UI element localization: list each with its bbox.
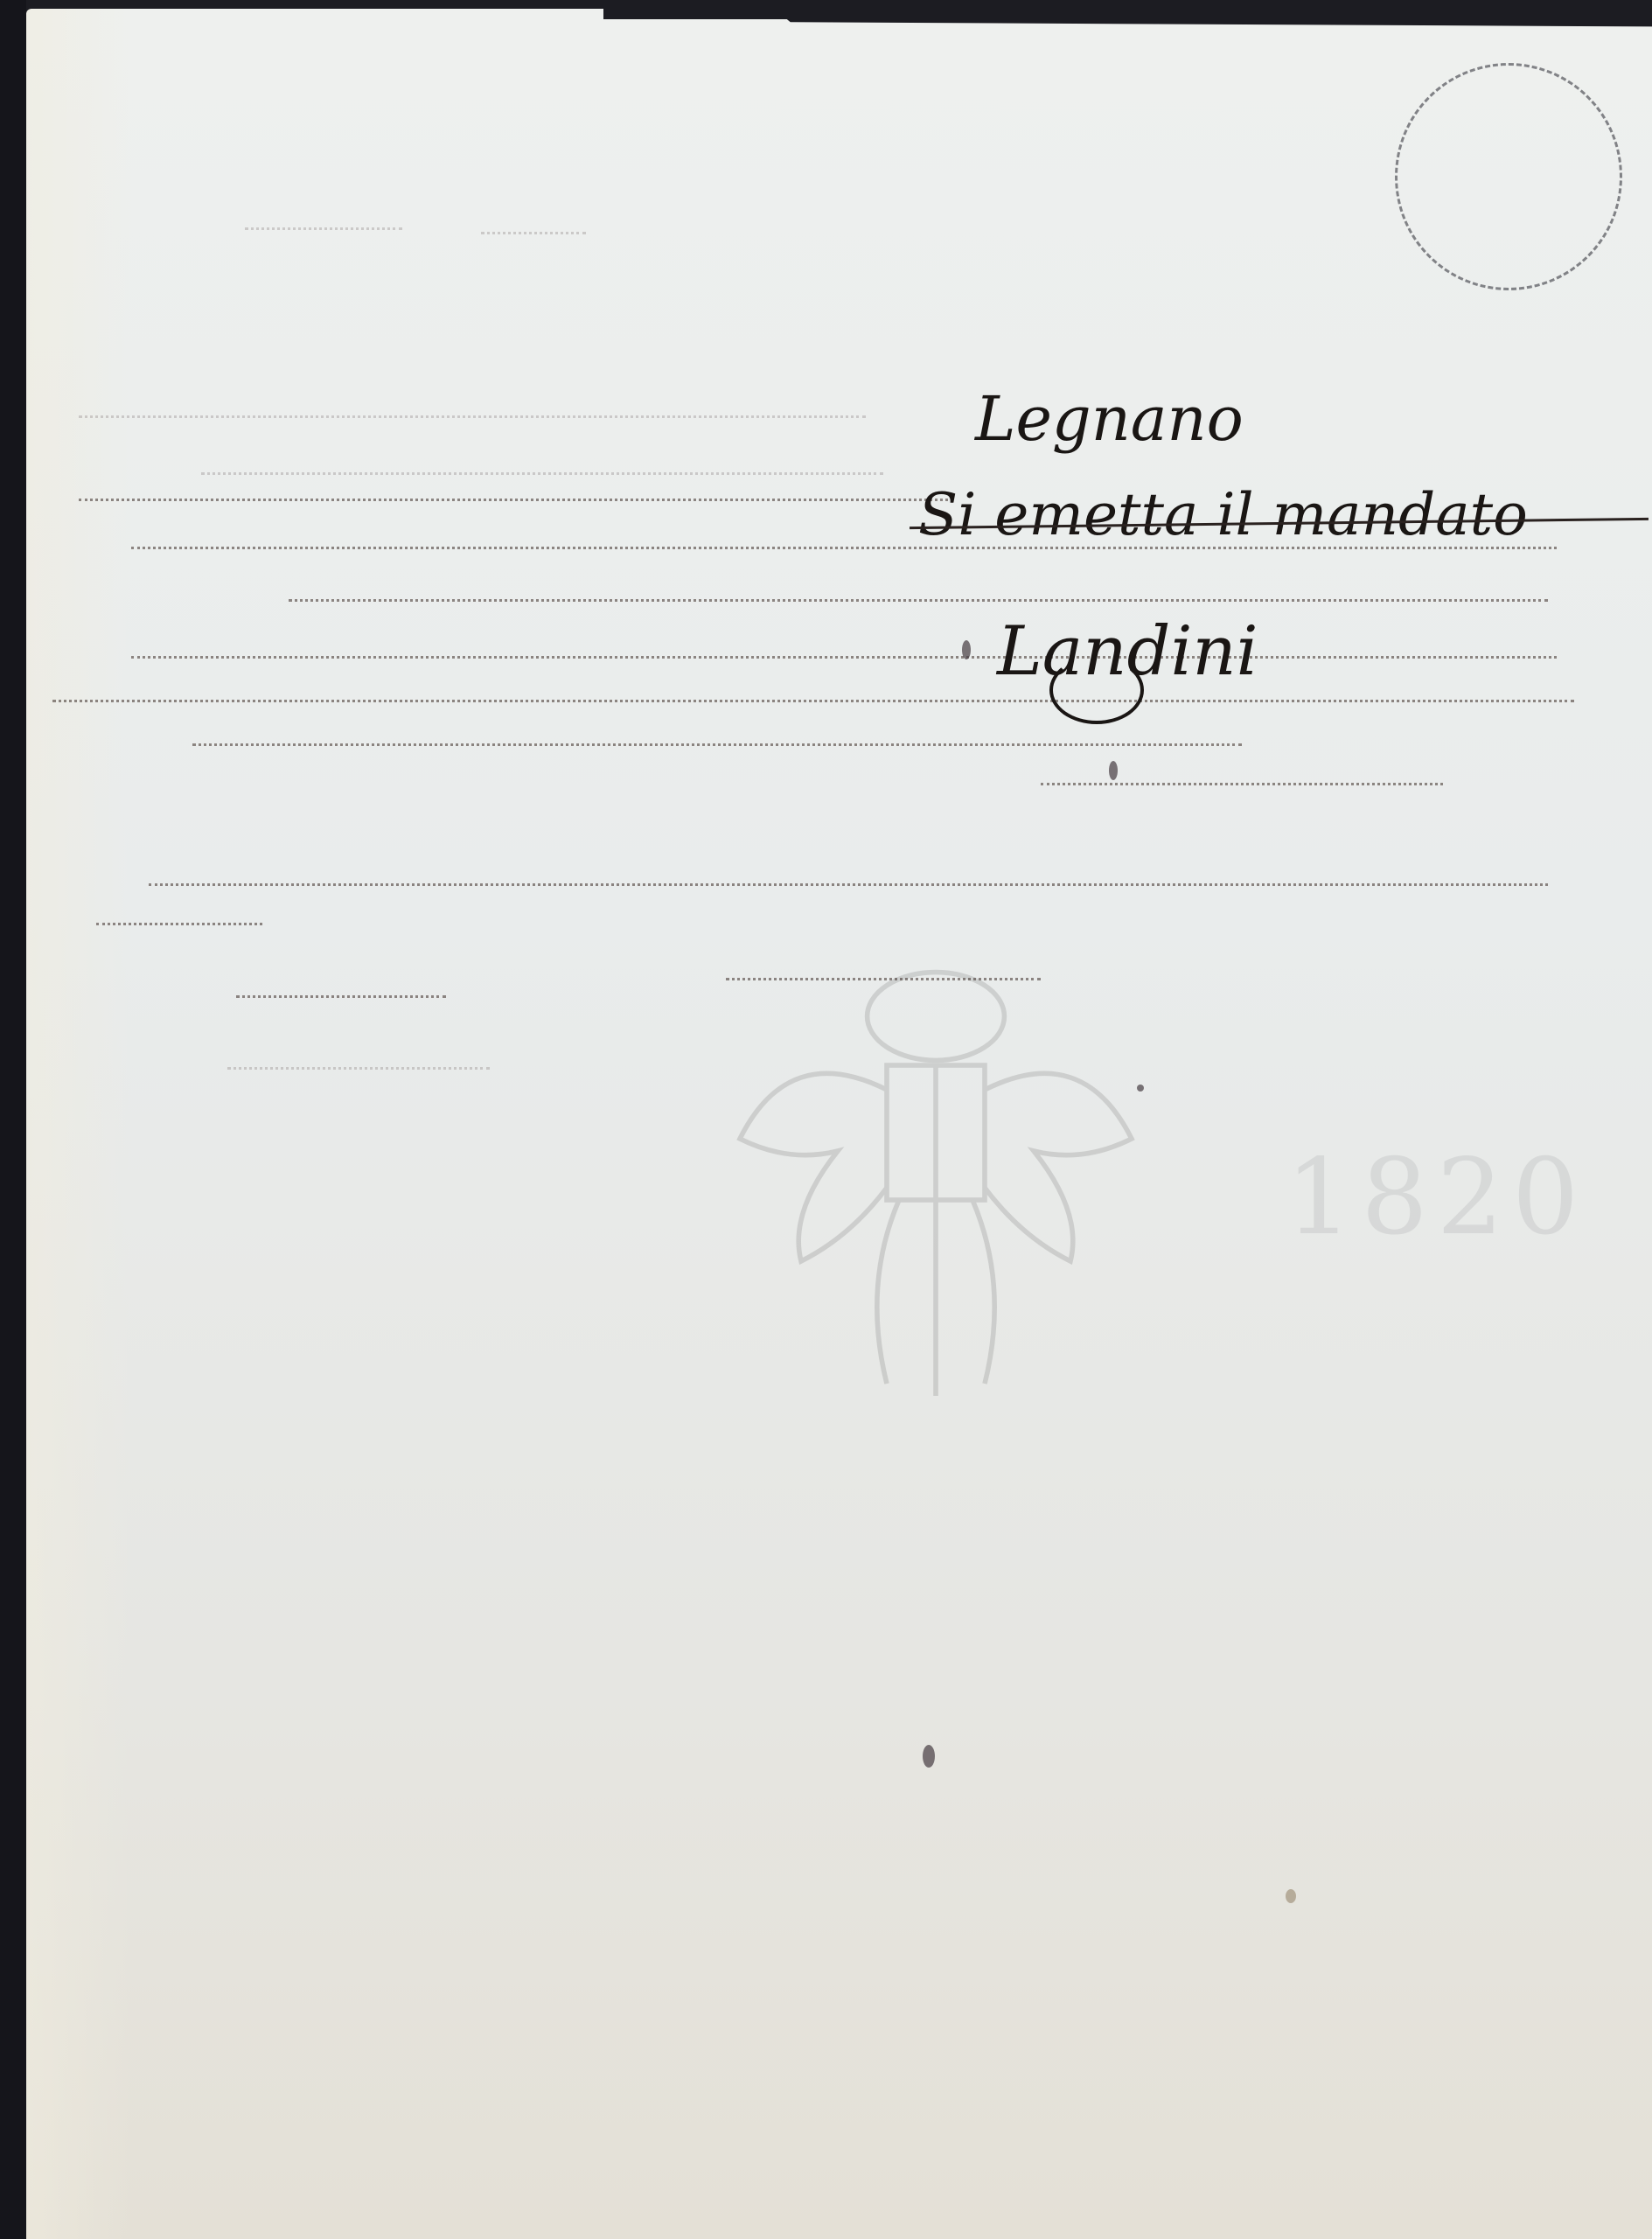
bleed-through-line [79, 499, 953, 504]
watermark-mark: 1820 [1286, 1137, 1587, 1259]
bleed-through-line [96, 923, 262, 928]
bleed-through-line [192, 743, 1242, 749]
bleed-through-line [245, 227, 402, 233]
scan-background-left [0, 0, 26, 2239]
place-name: Legnano [975, 383, 1244, 455]
ink-blot [962, 640, 971, 659]
signature-flourish [1049, 656, 1144, 724]
manuscript-page: 1820 Legnano Si emetta il mandato Landin… [26, 9, 1652, 2239]
bleed-through-line [236, 995, 446, 1001]
bleed-through-line [131, 656, 1557, 661]
order-text: Si emetta il mandato [918, 481, 1528, 548]
bleed-through-line [149, 883, 1548, 889]
bleed-through-line [481, 232, 586, 237]
bleed-through-line [201, 472, 883, 478]
scan-background-top [603, 0, 1652, 19]
bleed-through-line [289, 599, 1548, 604]
bleed-through-line [1041, 783, 1443, 788]
paper-stain [1286, 1889, 1296, 1903]
bleed-through-line [726, 978, 1041, 983]
bleed-through-line [52, 700, 1574, 705]
ink-blot [1109, 761, 1118, 780]
ink-dot [1137, 1085, 1144, 1092]
bleed-through-line [79, 415, 866, 421]
bleed-through-line [227, 1067, 490, 1072]
eagle-watermark-icon [691, 918, 1181, 1408]
circular-stamp [1395, 63, 1622, 290]
ink-stain [923, 1745, 935, 1768]
